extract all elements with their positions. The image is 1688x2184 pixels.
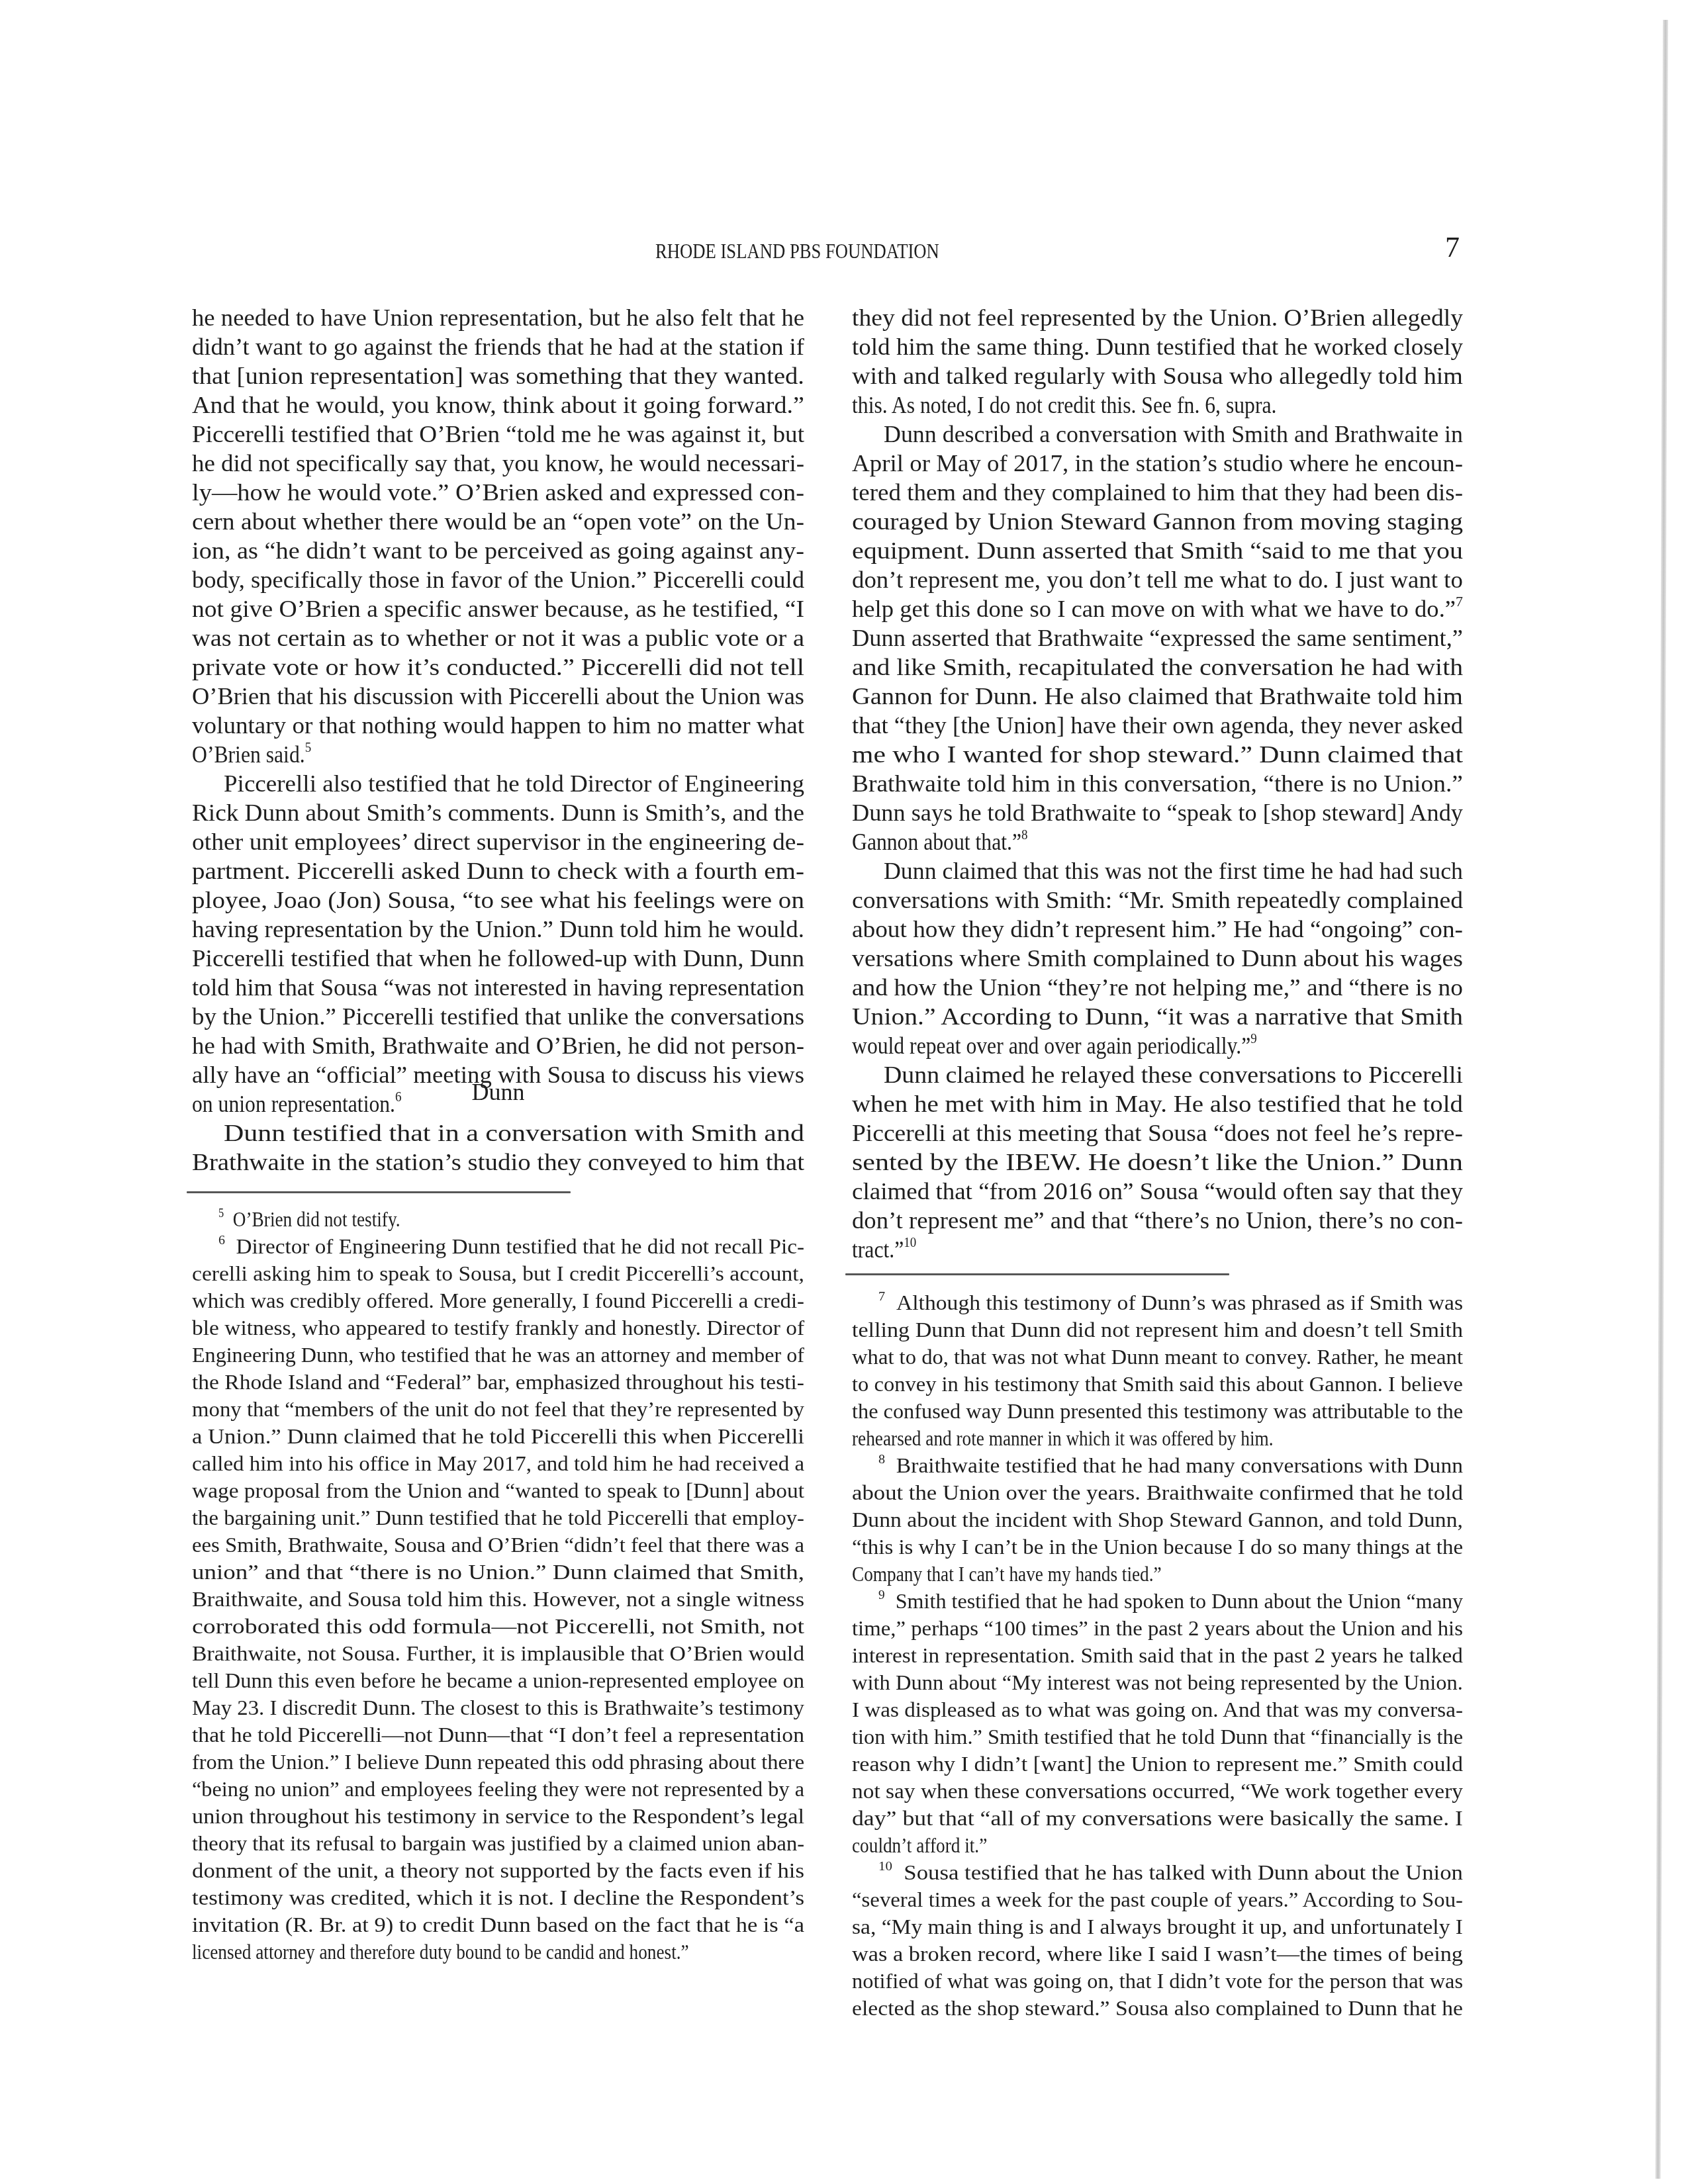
line-text: not say when these conversations occurre… — [852, 1778, 1463, 1805]
line-text: that [union representation] was somethin… — [192, 361, 804, 390]
line-text: Dunn says he told Brathwaite to “speak t… — [852, 798, 1463, 827]
footnote-line: which was credibly offered. More general… — [192, 1287, 804, 1314]
footnote-line: tell Dunn this even before he became a u… — [192, 1667, 804, 1694]
line-text: other unit employees’ direct supervisor … — [192, 827, 804, 856]
line-text: Brathwaite told him in this conversation… — [852, 769, 1463, 798]
footnote-number: 9 — [878, 1588, 885, 1602]
body-line: Union.” According to Dunn, “it was a nar… — [852, 1002, 1463, 1031]
footnote-line: mony that “members of the unit do not fe… — [192, 1396, 804, 1423]
footnote-line: couldn’t afford it.” — [852, 1832, 1463, 1859]
line-text: cerelli asking him to speak to Sousa, bu… — [192, 1260, 804, 1287]
footnote-line: donment of the unit, a theory not suppor… — [192, 1857, 804, 1884]
line-text: Brathwaite in the station’s studio they … — [192, 1148, 804, 1177]
line-text: partment. Piccerelli asked Dunn to check… — [192, 856, 804, 886]
line-text: help get this done so I can move on with… — [852, 594, 1463, 623]
line-text: claimed that “from 2016 on” Sousa “would… — [852, 1177, 1463, 1206]
line-text: day” but that “all of my conversations w… — [852, 1805, 1463, 1832]
line-text: “this is why I can’t be in the Union bec… — [852, 1533, 1463, 1561]
line-text: ployee, Joao (Jon) Sousa, “to see what h… — [192, 886, 804, 915]
footnote-line: tion with him.” Smith testified that he … — [852, 1723, 1463, 1751]
line-text: Piccerelli testified that O’Brien “told … — [192, 420, 804, 449]
body-line: private vote or how it’s conducted.” Pic… — [192, 653, 804, 682]
body-line: body, specifically those in favor of the… — [192, 565, 804, 594]
line-text: theory that its refusal to bargain was j… — [192, 1830, 804, 1857]
body-line: Gannon for Dunn. He also claimed that Br… — [852, 682, 1463, 711]
body-line: equipment. Dunn asserted that Smith “sai… — [852, 536, 1463, 565]
footnote-reference[interactable]: 10 — [904, 1234, 916, 1250]
body-line: Dunn described a conversation with Smith… — [852, 420, 1463, 449]
body-line: with and talked regularly with Sousa who… — [852, 361, 1463, 390]
line-text: reason why I didn’t [want] the Union to … — [852, 1751, 1463, 1778]
section-heading-dunn: Dunn — [192, 1077, 804, 1107]
body-line: Dunn says he told Brathwaite to “speak t… — [852, 798, 1463, 827]
footnote-line: 8 Braithwaite testified that he had many… — [852, 1452, 1463, 1479]
line-text: interest in representation. Smith said t… — [852, 1642, 1463, 1669]
line-text: And that he would, you know, think about… — [192, 390, 804, 420]
footnote-line: Engineering Dunn, who testified that he … — [192, 1342, 804, 1369]
line-text: telling Dunn that Dunn did not represent… — [852, 1316, 1463, 1343]
line-text: when he met with him in May. He also tes… — [852, 1089, 1463, 1118]
body-line: don’t represent me” and that “there’s no… — [852, 1206, 1463, 1235]
line-text: Dunn claimed he relayed these conversati… — [884, 1060, 1463, 1089]
footnote-line: union” and that “there is no Union.” Dun… — [192, 1559, 804, 1586]
footnote-reference[interactable]: 7 — [1456, 594, 1463, 610]
footnote-number: 5 — [218, 1206, 224, 1220]
running-header-title: RHODE ISLAND PBS FOUNDATION — [655, 240, 951, 263]
line-text: a Union.” Dunn claimed that he told Picc… — [192, 1423, 804, 1450]
footnote-line: theory that its refusal to bargain was j… — [192, 1830, 804, 1857]
line-text: O’Brien said.5 — [192, 740, 311, 769]
footnote-line: Dunn about the incident with Shop Stewar… — [852, 1506, 1463, 1533]
page-number: 7 — [1445, 230, 1460, 264]
line-text: ion, as “he didn’t want to be perceived … — [192, 536, 804, 565]
line-text: tion with him.” Smith testified that he … — [852, 1723, 1463, 1751]
footnote-line: 5 O’Brien did not testify. — [192, 1206, 804, 1233]
line-text: they did not feel represented by the Uni… — [852, 303, 1463, 332]
body-line: told him the same thing. Dunn testified … — [852, 332, 1463, 361]
line-text: about how they didn’t represent him.” He… — [852, 915, 1463, 944]
line-text: didn’t want to go against the friends th… — [192, 332, 804, 361]
footnote-line: “several times a week for the past coupl… — [852, 1886, 1463, 1913]
footnote-separator — [187, 1191, 571, 1193]
body-line: Brathwaite told him in this conversation… — [852, 769, 1463, 798]
body-line: ion, as “he didn’t want to be perceived … — [192, 536, 804, 565]
line-text: 6 Director of Engineering Dunn testified… — [218, 1233, 804, 1260]
page-edge-shadow — [1656, 20, 1668, 2179]
body-line: Brathwaite in the station’s studio they … — [192, 1148, 804, 1177]
line-text: Union.” According to Dunn, “it was a nar… — [852, 1002, 1463, 1031]
line-text: I was displeased as to what was going on… — [852, 1696, 1463, 1723]
body-line: having representation by the Union.” Dun… — [192, 915, 804, 944]
footnote-line: cerelli asking him to speak to Sousa, bu… — [192, 1260, 804, 1287]
footnote-line: May 23. I discredit Dunn. The closest to… — [192, 1694, 804, 1721]
body-line: tract.”10 — [852, 1235, 1463, 1264]
body-line: Dunn asserted that Brathwaite “expressed… — [852, 623, 1463, 653]
line-text: Rick Dunn about Smith’s comments. Dunn i… — [192, 798, 804, 827]
line-text: Dunn claimed that this was not the first… — [884, 856, 1463, 886]
body-line: would repeat over and over again periodi… — [852, 1031, 1463, 1060]
footnote-line: notified of what was going on, that I di… — [852, 1968, 1463, 1995]
body-line: April or May of 2017, in the station’s s… — [852, 449, 1463, 478]
footnote-line: about the Union over the years. Braithwa… — [852, 1479, 1463, 1506]
footnote-line: day” but that “all of my conversations w… — [852, 1805, 1463, 1832]
footnote-line: ees Smith, Brathwaite, Sousa and O’Brien… — [192, 1531, 804, 1559]
body-line: partment. Piccerelli asked Dunn to check… — [192, 856, 804, 886]
footnote-line: Company that I can’t have my hands tied.… — [852, 1561, 1463, 1588]
footnote-line: to convey in his testimony that Smith sa… — [852, 1371, 1463, 1398]
body-line: by the Union.” Piccerelli testified that… — [192, 1002, 804, 1031]
line-text: 10 Sousa testified that he has talked wi… — [878, 1859, 1463, 1886]
body-line: couraged by Union Steward Gannon from mo… — [852, 507, 1463, 536]
body-line: And that he would, you know, think about… — [192, 390, 804, 420]
line-text: Gannon about that.”8 — [852, 827, 1028, 856]
footnote-line: not say when these conversations occurre… — [852, 1778, 1463, 1805]
body-line: about how they didn’t represent him.” He… — [852, 915, 1463, 944]
line-text: 8 Braithwaite testified that he had many… — [878, 1452, 1463, 1479]
line-text: would repeat over and over again periodi… — [852, 1031, 1257, 1060]
line-text: testimony was credited, which it is not.… — [192, 1884, 804, 1911]
line-text: not give O’Brien a specific answer becau… — [192, 594, 804, 623]
line-text: and how the Union “they’re not helping m… — [852, 973, 1463, 1002]
footnote-line: the Rhode Island and “Federal” bar, emph… — [192, 1369, 804, 1396]
body-line: this. As noted, I do not credit this. Se… — [852, 390, 1463, 420]
line-text: corroborated this odd formula—not Piccer… — [192, 1613, 804, 1640]
line-text: with and talked regularly with Sousa who… — [852, 361, 1463, 390]
body-line: O’Brien said.5 — [192, 740, 804, 769]
line-text: told him that Sousa “was not interested … — [192, 973, 804, 1002]
body-line: was not certain as to whether or not it … — [192, 623, 804, 653]
line-text: tered them and they complained to him th… — [852, 478, 1463, 507]
line-text: Engineering Dunn, who testified that he … — [192, 1342, 804, 1369]
line-text: ly—how he would vote.” O’Brien asked and… — [192, 478, 804, 507]
footnote-line: Braithwaite, not Sousa. Further, it is i… — [192, 1640, 804, 1667]
line-text: tract.”10 — [852, 1235, 916, 1264]
footnote-line: testimony was credited, which it is not.… — [192, 1884, 804, 1911]
line-text: from the Union.” I believe Dunn repeated… — [192, 1749, 804, 1776]
body-line: Rick Dunn about Smith’s comments. Dunn i… — [192, 798, 804, 827]
line-text: with Dunn about “My interest was not bei… — [852, 1669, 1463, 1696]
line-text: wage proposal from the Union and “wanted… — [192, 1477, 804, 1504]
line-text: was not certain as to whether or not it … — [192, 623, 804, 653]
line-text: was a broken record, where like I said I… — [852, 1940, 1463, 1968]
footnote-line: wage proposal from the Union and “wanted… — [192, 1477, 804, 1504]
line-text: mony that “members of the unit do not fe… — [192, 1396, 804, 1423]
footnote-line: the confused way Dunn presented this tes… — [852, 1398, 1463, 1425]
footnote-line: reason why I didn’t [want] the Union to … — [852, 1751, 1463, 1778]
line-text: he did not specifically say that, you kn… — [192, 449, 804, 478]
line-text: private vote or how it’s conducted.” Pic… — [192, 653, 804, 682]
body-line: sented by the IBEW. He doesn’t like the … — [852, 1148, 1463, 1177]
line-text: he needed to have Union representation, … — [192, 303, 804, 332]
footnote-line: 6 Director of Engineering Dunn testified… — [192, 1233, 804, 1260]
line-text: the confused way Dunn presented this tes… — [852, 1398, 1463, 1425]
body-line: conversations with Smith: “Mr. Smith rep… — [852, 886, 1463, 915]
line-text: and like Smith, recapitulated the conver… — [852, 653, 1463, 682]
body-line: help get this done so I can move on with… — [852, 594, 1463, 623]
line-text: “several times a week for the past coupl… — [852, 1886, 1463, 1913]
body-line: don’t represent me, you don’t tell me wh… — [852, 565, 1463, 594]
footnote-line: invitation (R. Br. at 9) to credit Dunn … — [192, 1911, 804, 1938]
footnote-line: what to do, that was not what Dunn meant… — [852, 1343, 1463, 1371]
body-line: O’Brien that his discussion with Piccere… — [192, 682, 804, 711]
body-line: Piccerelli at this meeting that Sousa “d… — [852, 1118, 1463, 1148]
body-line: they did not feel represented by the Uni… — [852, 303, 1463, 332]
line-text: sa, “My main thing is and I always broug… — [852, 1913, 1463, 1940]
footnote-line: sa, “My main thing is and I always broug… — [852, 1913, 1463, 1940]
footnote-number: 8 — [878, 1453, 885, 1467]
line-text: told him the same thing. Dunn testified … — [852, 332, 1463, 361]
body-line: cern about whether there would be an “op… — [192, 507, 804, 536]
line-text: tell Dunn this even before he became a u… — [192, 1667, 804, 1694]
line-text: Dunn about the incident with Shop Stewar… — [852, 1506, 1463, 1533]
body-line: told him that Sousa “was not interested … — [192, 973, 804, 1002]
line-text: Piccerelli testified that when he follow… — [192, 944, 804, 973]
body-line: not give O’Brien a specific answer becau… — [192, 594, 804, 623]
line-text: Braithwaite, and Sousa told him this. Ho… — [192, 1586, 804, 1613]
footnote-line: “this is why I can’t be in the Union bec… — [852, 1533, 1463, 1561]
line-text: Braithwaite, not Sousa. Further, it is i… — [192, 1640, 804, 1667]
line-text: union” and that “there is no Union.” Dun… — [192, 1559, 804, 1586]
body-line: didn’t want to go against the friends th… — [192, 332, 804, 361]
footnote-line: with Dunn about “My interest was not bei… — [852, 1669, 1463, 1696]
body-line: Piccerelli testified that O’Brien “told … — [192, 420, 804, 449]
line-text: rehearsed and rote manner in which it wa… — [852, 1425, 1274, 1452]
line-text: donment of the unit, a theory not suppor… — [192, 1857, 804, 1884]
line-text: union throughout his testimony in servic… — [192, 1803, 804, 1830]
line-text: voluntary or that nothing would happen t… — [192, 711, 804, 740]
body-line: Dunn claimed he relayed these conversati… — [852, 1060, 1463, 1089]
line-text: licensed attorney and therefore duty bou… — [192, 1938, 689, 1966]
line-text: which was credibly offered. More general… — [192, 1287, 804, 1314]
body-line: other unit employees’ direct supervisor … — [192, 827, 804, 856]
footnote-line: called him into his office in May 2017, … — [192, 1450, 804, 1477]
footnote-line: telling Dunn that Dunn did not represent… — [852, 1316, 1463, 1343]
body-line: he had with Smith, Brathwaite and O’Brie… — [192, 1031, 804, 1060]
line-text: ble witness, who appeared to testify fra… — [192, 1314, 804, 1342]
line-text: don’t represent me” and that “there’s no… — [852, 1206, 1463, 1235]
line-text: Piccerelli also testified that he told D… — [224, 769, 804, 798]
body-line: ployee, Joao (Jon) Sousa, “to see what h… — [192, 886, 804, 915]
footnote-line: 7 Although this testimony of Dunn’s was … — [852, 1289, 1463, 1316]
footnote-line: was a broken record, where like I said I… — [852, 1940, 1463, 1968]
footnote-line: rehearsed and rote manner in which it wa… — [852, 1425, 1463, 1452]
body-line: and how the Union “they’re not helping m… — [852, 973, 1463, 1002]
body-line: he needed to have Union representation, … — [192, 303, 804, 332]
body-line: me who I wanted for shop steward.” Dunn … — [852, 740, 1463, 769]
footnote-line: that he told Piccerelli—not Dunn—that “I… — [192, 1721, 804, 1749]
line-text: Piccerelli at this meeting that Sousa “d… — [852, 1118, 1463, 1148]
body-line: ly—how he would vote.” O’Brien asked and… — [192, 478, 804, 507]
line-text: “being no union” and employees feeling t… — [192, 1776, 804, 1803]
footnote-line: I was displeased as to what was going on… — [852, 1696, 1463, 1723]
line-text: conversations with Smith: “Mr. Smith rep… — [852, 886, 1463, 915]
body-line: Dunn testified that in a conversation wi… — [192, 1118, 804, 1148]
footnote-line: a Union.” Dunn claimed that he told Picc… — [192, 1423, 804, 1450]
footnote-line: Braithwaite, and Sousa told him this. Ho… — [192, 1586, 804, 1613]
footnote-reference[interactable]: 8 — [1021, 827, 1028, 842]
line-text: sented by the IBEW. He doesn’t like the … — [852, 1148, 1463, 1177]
line-text: cern about whether there would be an “op… — [192, 507, 804, 536]
line-text: this. As noted, I do not credit this. Se… — [852, 390, 1276, 420]
line-text: elected as the shop steward.” Sousa also… — [852, 1995, 1463, 2022]
line-text: about the Union over the years. Braithwa… — [852, 1479, 1463, 1506]
line-text: invitation (R. Br. at 9) to credit Dunn … — [192, 1911, 804, 1938]
footnote-number: 10 — [878, 1860, 892, 1874]
line-text: the bargaining unit.” Dunn testified tha… — [192, 1504, 804, 1531]
footnote-reference[interactable]: 5 — [305, 739, 312, 755]
body-line: claimed that “from 2016 on” Sousa “would… — [852, 1177, 1463, 1206]
body-line: that [union representation] was somethin… — [192, 361, 804, 390]
footnote-line: 9 Smith testified that he had spoken to … — [852, 1588, 1463, 1615]
footnote-line: licensed attorney and therefore duty bou… — [192, 1938, 804, 1966]
line-text: Dunn testified that in a conversation wi… — [224, 1118, 804, 1148]
line-text: 7 Although this testimony of Dunn’s was … — [878, 1289, 1463, 1316]
line-text: May 23. I discredit Dunn. The closest to… — [192, 1694, 804, 1721]
line-text: by the Union.” Piccerelli testified that… — [192, 1002, 804, 1031]
line-text: the Rhode Island and “Federal” bar, emph… — [192, 1369, 804, 1396]
line-text: what to do, that was not what Dunn meant… — [852, 1343, 1463, 1371]
footnote-line: corroborated this odd formula—not Piccer… — [192, 1613, 804, 1640]
body-line: and like Smith, recapitulated the conver… — [852, 653, 1463, 682]
footnote-line: from the Union.” I believe Dunn repeated… — [192, 1749, 804, 1776]
line-text: me who I wanted for shop steward.” Dunn … — [852, 740, 1463, 769]
footnote-separator — [845, 1273, 1229, 1275]
body-line: tered them and they complained to him th… — [852, 478, 1463, 507]
line-text: versations where Smith complained to Dun… — [852, 944, 1463, 973]
body-line: Piccerelli testified that when he follow… — [192, 944, 804, 973]
footnote-line: time,” perhaps “100 times” in the past 2… — [852, 1615, 1463, 1642]
body-line: when he met with him in May. He also tes… — [852, 1089, 1463, 1118]
line-text: 5 O’Brien did not testify. — [218, 1206, 400, 1233]
line-text: time,” perhaps “100 times” in the past 2… — [852, 1615, 1463, 1642]
line-text: couldn’t afford it.” — [852, 1832, 987, 1859]
line-text: Gannon for Dunn. He also claimed that Br… — [852, 682, 1463, 711]
line-text: he had with Smith, Brathwaite and O’Brie… — [192, 1031, 804, 1060]
line-text: 9 Smith testified that he had spoken to … — [878, 1588, 1463, 1615]
footnote-line: union throughout his testimony in servic… — [192, 1803, 804, 1830]
body-line: voluntary or that nothing would happen t… — [192, 711, 804, 740]
body-line: that “they [the Union] have their own ag… — [852, 711, 1463, 740]
body-line: Dunn claimed that this was not the first… — [852, 856, 1463, 886]
footnote-line: the bargaining unit.” Dunn testified tha… — [192, 1504, 804, 1531]
footnote-line: “being no union” and employees feeling t… — [192, 1776, 804, 1803]
line-text: couraged by Union Steward Gannon from mo… — [852, 507, 1463, 536]
body-line: versations where Smith complained to Dun… — [852, 944, 1463, 973]
footnote-number: 7 — [878, 1290, 885, 1304]
line-text: Dunn asserted that Brathwaite “expressed… — [852, 623, 1463, 653]
line-text: Dunn described a conversation with Smith… — [884, 420, 1463, 449]
body-line: Gannon about that.”8 — [852, 827, 1463, 856]
line-text: O’Brien that his discussion with Piccere… — [192, 682, 804, 711]
footnote-line: ble witness, who appeared to testify fra… — [192, 1314, 804, 1342]
line-text: April or May of 2017, in the station’s s… — [852, 449, 1463, 478]
line-text: don’t represent me, you don’t tell me wh… — [852, 565, 1463, 594]
line-text: to convey in his testimony that Smith sa… — [852, 1371, 1463, 1398]
line-text: that “they [the Union] have their own ag… — [852, 711, 1463, 740]
line-text: ees Smith, Brathwaite, Sousa and O’Brien… — [192, 1531, 804, 1559]
body-line: he did not specifically say that, you kn… — [192, 449, 804, 478]
footnote-line: interest in representation. Smith said t… — [852, 1642, 1463, 1669]
line-text: equipment. Dunn asserted that Smith “sai… — [852, 536, 1463, 565]
line-text: Company that I can’t have my hands tied.… — [852, 1561, 1162, 1588]
line-text: called him into his office in May 2017, … — [192, 1450, 804, 1477]
body-line: Piccerelli also testified that he told D… — [192, 769, 804, 798]
line-text: having representation by the Union.” Dun… — [192, 915, 804, 944]
footnote-reference[interactable]: 9 — [1250, 1030, 1257, 1046]
footnote-line: 10 Sousa testified that he has talked wi… — [852, 1859, 1463, 1886]
footnote-number: 6 — [218, 1234, 225, 1248]
line-text: notified of what was going on, that I di… — [852, 1968, 1463, 1995]
footnote-line: elected as the shop steward.” Sousa also… — [852, 1995, 1463, 2022]
line-text: that he told Piccerelli—not Dunn—that “I… — [192, 1721, 804, 1749]
line-text: body, specifically those in favor of the… — [192, 565, 804, 594]
